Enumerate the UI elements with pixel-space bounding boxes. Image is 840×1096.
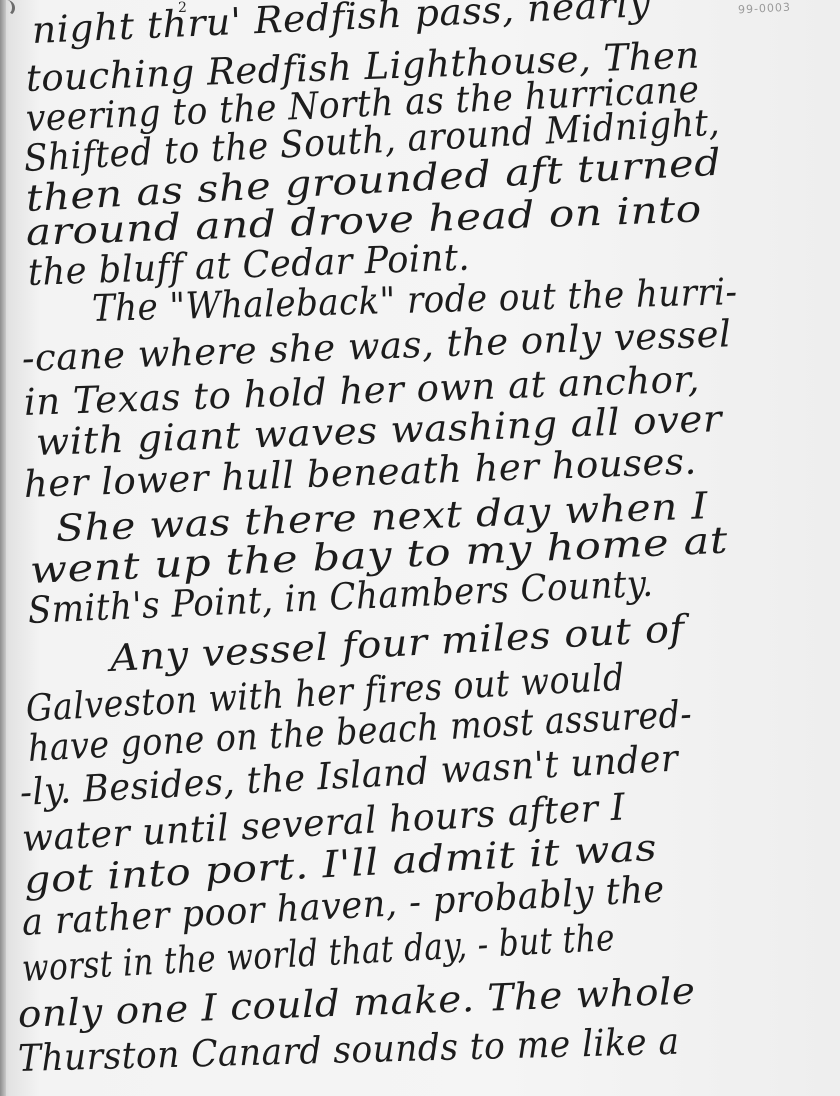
letter-page: 2 99-0003 night thru' Redfish pass, near…: [0, 0, 840, 1096]
handwritten-text-body: night thru' Redfish pass, nearly touchin…: [0, 0, 840, 1096]
